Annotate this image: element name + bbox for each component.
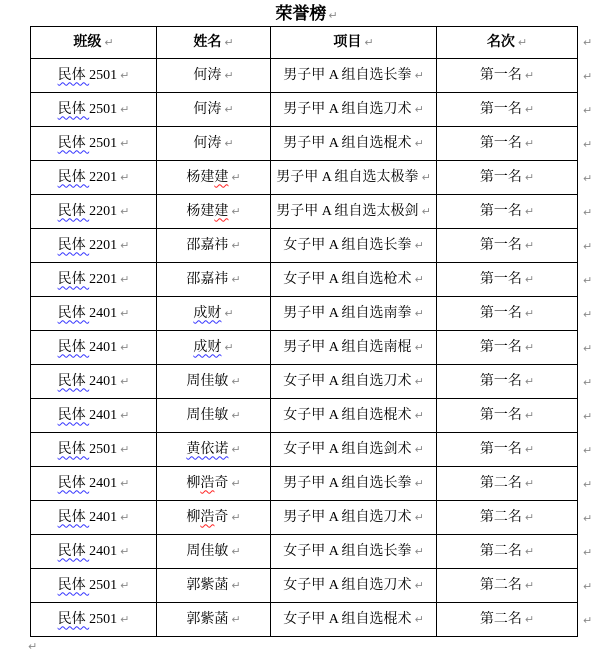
text-segment: 2401 [89,306,117,321]
cell-rank[interactable]: 第一名↵ [437,195,578,229]
row-end-mark-glyph: ↵ [583,614,592,627]
cell-text: 第一名 [480,170,522,185]
text-segment: 女子甲 A 组自选枪术 [283,272,411,287]
cell-end-mark-icon: ↵ [415,375,424,388]
cell-text: 民体 2201 [58,204,118,219]
cell-text: 杨建建 [186,170,228,185]
cell-end-mark-icon: ↵ [525,409,534,422]
text-segment: 2501 [89,612,117,627]
cell-event[interactable]: 女子甲 A 组自选长拳↵ [271,229,437,263]
cell-name[interactable]: 邵嘉祎↵ [157,229,271,263]
cell-text: 民体 2401 [58,374,118,389]
cell-text: 第一名 [480,374,522,389]
text-segment: 杨建 [186,204,214,219]
cell-text: 男子甲 A 组自选南拳 [283,306,411,321]
row-end-marks: ↵↵↵↵↵↵↵↵↵↵↵↵↵↵↵↵↵↵ [583,26,603,637]
cell-end-mark-icon: ↵ [415,239,424,252]
cell-end-mark-icon: ↵ [525,613,534,626]
text-segment: 杨建 [186,170,214,185]
cell-end-mark-icon: ↵ [415,103,424,116]
cell-name[interactable]: 郭紫菡↵ [157,569,271,603]
text-segment: 第一名 [480,272,522,287]
cell-end-mark-icon: ↵ [231,375,240,388]
cell-end-mark-icon: ↵ [120,579,129,592]
row-end-mark-icon: ↵ [583,263,603,297]
text-segment: 2401 [89,340,117,355]
cell-end-mark-icon: ↵ [120,409,129,422]
table-row: 民体 2501↵郭紫菡↵女子甲 A 组自选棍术↵第二名↵ [31,603,578,637]
cell-name[interactable]: 杨建建↵ [157,195,271,229]
cell-end-mark-icon: ↵ [231,579,240,592]
cell-end-mark-icon: ↵ [415,409,424,422]
row-end-mark-glyph: ↵ [583,546,592,559]
text-segment: 2501 [89,68,117,83]
text-segment: 2401 [89,476,117,491]
cell-end-mark-icon: ↵ [120,69,129,82]
text-segment: 第二名 [480,544,522,559]
header-label: 项目 [333,35,361,50]
text-segment: 男子甲 A 组自选棍术 [283,136,411,151]
row-end-mark-icon: ↵ [583,297,603,331]
squiggle-blue-text: 民体 [58,544,90,559]
cell-text: 成财 [193,306,221,321]
table-row: 民体 2401↵成财↵男子甲 A 组自选南棍↵第一名↵ [31,331,578,365]
text-segment: 第二名 [480,578,522,593]
cell-event[interactable]: 男子甲 A 组自选长拳↵ [271,59,437,93]
cell-class[interactable]: 民体 2401↵ [31,535,157,569]
cell-name[interactable]: 杨建建↵ [157,161,271,195]
cell-end-mark-icon: ↵ [224,69,233,82]
cell-text: 男子甲 A 组自选长拳 [283,476,411,491]
cell-end-mark-icon: ↵ [422,171,431,184]
cell-text: 男子甲 A 组自选刀术 [283,510,411,525]
table-row: 民体 2401↵周佳敏↵女子甲 A 组自选棍术↵第一名↵ [31,399,578,433]
table-row: 民体 2201↵邵嘉祎↵女子甲 A 组自选枪术↵第一名↵ [31,263,578,297]
text-segment: 男子甲 A 组自选刀术 [283,102,411,117]
text-segment: 第一名 [480,340,522,355]
text-segment: 2501 [89,442,117,457]
cell-class[interactable]: 民体 2201↵ [31,195,157,229]
cell-rank[interactable]: 第二名↵ [437,501,578,535]
cell-class[interactable]: 民体 2401↵ [31,365,157,399]
cell-rank[interactable]: 第一名↵ [437,433,578,467]
cell-text: 男子甲 A 组自选刀术 [283,102,411,117]
table-head: 班级↵姓名↵项目↵名次↵ [31,27,578,59]
cell-text: 女子甲 A 组自选棍术 [283,612,411,627]
cell-text: 民体 2401 [58,340,118,355]
cell-end-mark-icon: ↵ [231,511,240,524]
cell-name[interactable]: 成财↵ [157,331,271,365]
cell-rank[interactable]: 第一名↵ [437,161,578,195]
cell-end-mark-icon: ↵ [525,307,534,320]
squiggle-blue-text: 民体 [58,272,90,287]
row-end-mark-icon: ↵ [583,229,603,263]
cell-text: 民体 2501 [58,102,118,117]
cell-class[interactable]: 民体 2501↵ [31,59,157,93]
text-segment: 第二名 [480,510,522,525]
row-end-mark-icon: ↵ [583,331,603,365]
text-segment: 男子甲 A 组自选太极拳 [276,170,418,185]
cell-rank[interactable]: 第二名↵ [437,535,578,569]
row-end-mark-icon: ↵ [583,127,603,161]
text-segment: 第一名 [480,374,522,389]
row-end-mark-glyph: ↵ [583,478,592,491]
cell-rank[interactable]: 第一名↵ [437,229,578,263]
row-end-mark-glyph: ↵ [583,274,592,287]
cell-end-mark-icon: ↵ [231,443,240,456]
cell-class[interactable]: 民体 2501↵ [31,569,157,603]
text-segment: 周佳敏 [186,374,228,389]
cell-text: 第一名 [480,340,522,355]
cell-text: 第一名 [480,272,522,287]
cell-text: 民体 2201 [58,170,118,185]
cell-text: 女子甲 A 组自选枪术 [283,272,411,287]
squiggle-blue-text: 民体 [58,612,90,627]
cell-end-mark-icon: ↵ [525,443,534,456]
text-segment: 何涛 [193,136,221,151]
cell-end-mark-icon: ↵ [120,239,129,252]
cell-class[interactable]: 民体 2201↵ [31,229,157,263]
text-segment: 柳 [186,476,200,491]
row-end-mark-glyph: ↵ [583,104,592,117]
row-end-mark-icon: ↵ [583,501,603,535]
text-segment: 第一名 [480,204,522,219]
text-segment: 女子甲 A 组自选刀术 [283,374,411,389]
cell-text: 邵嘉祎 [186,238,228,253]
row-end-mark-glyph: ↵ [583,444,592,457]
cell-end-mark-icon: ↵ [104,36,113,49]
cell-rank[interactable]: 第一名↵ [437,331,578,365]
cell-name[interactable]: 周佳敏↵ [157,535,271,569]
cell-text: 第一名 [480,102,522,117]
cell-end-mark-icon: ↵ [224,307,233,320]
cell-end-mark-icon: ↵ [224,103,233,116]
cell-text: 郭紫菡 [186,578,228,593]
squiggle-blue-text: 民体 [58,102,90,117]
squiggle-blue-text: 成财 [193,306,221,321]
text-segment: 女子甲 A 组自选棍术 [283,408,411,423]
row-end-mark-icon: ↵ [583,467,603,501]
header-class[interactable]: 班级↵ [31,27,157,59]
cell-text: 女子甲 A 组自选刀术 [283,374,411,389]
text-segment: 第一名 [480,408,522,423]
cell-end-mark-icon: ↵ [415,341,424,354]
text-segment: 奇 [214,476,228,491]
cell-text: 杨建建 [186,204,228,219]
cell-event[interactable]: 女子甲 A 组自选刀术↵ [271,569,437,603]
text-segment: 2201 [89,238,117,253]
page-title: 荣誉榜 [275,4,326,23]
cell-class[interactable]: 民体 2501↵ [31,127,157,161]
cell-end-mark-icon: ↵ [525,545,534,558]
cell-rank[interactable]: 第一名↵ [437,297,578,331]
row-end-mark-glyph: ↵ [583,172,592,185]
text-segment: 第二名 [480,612,522,627]
cell-text: 民体 2401 [58,510,118,525]
cell-end-mark-icon: ↵ [120,273,129,286]
text-segment: 奇 [214,510,228,525]
cell-text: 男子甲 A 组自选太极剑 [276,204,418,219]
cell-event[interactable]: 男子甲 A 组自选南拳↵ [271,297,437,331]
cell-text: 第一名 [480,68,522,83]
row-end-mark-icon: ↵ [583,93,603,127]
cell-name[interactable]: 柳浩奇↵ [157,501,271,535]
cell-end-mark-icon: ↵ [120,171,129,184]
cell-event[interactable]: 男子甲 A 组自选南棍↵ [271,331,437,365]
table-row: 民体 2501↵何涛↵男子甲 A 组自选刀术↵第一名↵ [31,93,578,127]
cell-text: 第二名 [480,612,522,627]
row-end-mark-glyph: ↵ [583,240,592,253]
cell-end-mark-icon: ↵ [231,409,240,422]
header-name[interactable]: 姓名↵ [157,27,271,59]
text-segment: 2401 [89,408,117,423]
table-row: 民体 2401↵周佳敏↵女子甲 A 组自选长拳↵第二名↵ [31,535,578,569]
cell-end-mark-icon: ↵ [231,273,240,286]
cell-event[interactable]: 女子甲 A 组自选棍术↵ [271,603,437,637]
text-segment: 男子甲 A 组自选刀术 [283,510,411,525]
header-rank[interactable]: 名次↵ [437,27,578,59]
cell-end-mark-icon: ↵ [518,36,527,49]
text-segment: 柳 [186,510,200,525]
squiggle-red-text: 建 [214,204,228,219]
cell-class[interactable]: 民体 2401↵ [31,467,157,501]
cell-text: 第二名 [480,476,522,491]
cell-text: 民体 2501 [58,136,118,151]
table-row: 民体 2501↵郭紫菡↵女子甲 A 组自选刀术↵第二名↵ [31,569,578,603]
cell-end-mark-icon: ↵ [231,239,240,252]
cell-text: 民体 2401 [58,476,118,491]
squiggle-red-text: 浩 [200,476,214,491]
squiggle-blue-text: 民体 [58,476,90,491]
cell-event[interactable]: 女子甲 A 组自选棍术↵ [271,399,437,433]
cell-end-mark-icon: ↵ [120,103,129,116]
cell-event[interactable]: 男子甲 A 组自选刀术↵ [271,501,437,535]
cell-text: 何涛 [193,68,221,83]
cell-rank[interactable]: 第一名↵ [437,399,578,433]
text-segment: 2201 [89,272,117,287]
cell-text: 男子甲 A 组自选南棍 [283,340,411,355]
text-segment: 2401 [89,374,117,389]
cell-event[interactable]: 女子甲 A 组自选剑术↵ [271,433,437,467]
row-end-mark-glyph: ↵ [583,342,592,355]
table-row: 民体 2501↵黄依诺↵女子甲 A 组自选剑术↵第一名↵ [31,433,578,467]
cell-event[interactable]: 男子甲 A 组自选刀术↵ [271,93,437,127]
cell-class[interactable]: 民体 2501↵ [31,93,157,127]
row-end-mark-icon: ↵ [583,26,603,59]
cell-event[interactable]: 男子甲 A 组自选长拳↵ [271,467,437,501]
row-end-mark-icon: ↵ [583,59,603,93]
cell-text: 第一名 [480,408,522,423]
text-segment: 女子甲 A 组自选刀术 [283,578,411,593]
text-segment: 周佳敏 [186,408,228,423]
text-segment: 何涛 [193,102,221,117]
squiggle-blue-text: 民体 [58,510,90,525]
text-segment: 第一名 [480,102,522,117]
cell-end-mark-icon: ↵ [120,375,129,388]
text-segment: 女子甲 A 组自选长拳 [283,544,411,559]
cell-text: 民体 2201 [58,272,118,287]
text-segment: 男子甲 A 组自选南拳 [283,306,411,321]
cell-end-mark-icon: ↵ [415,273,424,286]
text-segment: 2501 [89,102,117,117]
cell-event[interactable]: 女子甲 A 组自选刀术↵ [271,365,437,399]
cell-text: 女子甲 A 组自选刀术 [283,578,411,593]
cell-name[interactable]: 周佳敏↵ [157,365,271,399]
squiggle-blue-text: 民体 [58,238,90,253]
cell-rank[interactable]: 第二名↵ [437,603,578,637]
honor-roll-table: 班级↵姓名↵项目↵名次↵ 民体 2501↵何涛↵男子甲 A 组自选长拳↵第一名↵… [30,26,578,637]
cell-text: 女子甲 A 组自选长拳 [283,238,411,253]
cell-end-mark-icon: ↵ [415,613,424,626]
cell-text: 第一名 [480,442,522,457]
cell-class[interactable]: 民体 2401↵ [31,297,157,331]
table-row: 民体 2401↵成财↵男子甲 A 组自选南拳↵第一名↵ [31,297,578,331]
cell-event[interactable]: 女子甲 A 组自选枪术↵ [271,263,437,297]
cell-end-mark-icon: ↵ [415,137,424,150]
cell-class[interactable]: 民体 2201↵ [31,263,157,297]
row-end-mark-icon: ↵ [583,433,603,467]
cell-class[interactable]: 民体 2201↵ [31,161,157,195]
cell-end-mark-icon: ↵ [364,36,373,49]
cell-rank[interactable]: 第一名↵ [437,127,578,161]
squiggle-blue-text: 民体 [58,578,90,593]
cell-text: 第二名 [480,544,522,559]
row-end-mark-glyph: ↵ [583,410,592,423]
cell-end-mark-icon: ↵ [415,443,424,456]
cell-text: 民体 2501 [58,612,118,627]
cell-text: 男子甲 A 组自选太极拳 [276,170,418,185]
cell-end-mark-icon: ↵ [231,613,240,626]
cell-text: 郭紫菡 [186,612,228,627]
cell-name[interactable]: 成财↵ [157,297,271,331]
header-event[interactable]: 项目↵ [271,27,437,59]
cell-end-mark-icon: ↵ [415,579,424,592]
cell-name[interactable]: 何涛↵ [157,59,271,93]
squiggle-blue-text: 民体 [58,374,90,389]
paragraph-mark-icon: ↵ [328,9,337,22]
cell-end-mark-icon: ↵ [120,205,129,218]
text-segment: 郭紫菡 [186,612,228,627]
cell-text: 民体 2501 [58,442,118,457]
row-end-mark-glyph: ↵ [583,138,592,151]
cell-text: 邵嘉祎 [186,272,228,287]
cell-name[interactable]: 周佳敏↵ [157,399,271,433]
cell-rank[interactable]: 第一名↵ [437,263,578,297]
cell-class[interactable]: 民体 2501↵ [31,433,157,467]
cell-event[interactable]: 女子甲 A 组自选长拳↵ [271,535,437,569]
cell-text: 第一名 [480,238,522,253]
cell-class[interactable]: 民体 2401↵ [31,501,157,535]
text-segment: 第一名 [480,136,522,151]
cell-name[interactable]: 邵嘉祎↵ [157,263,271,297]
text-segment: 邵嘉祎 [186,272,228,287]
text-segment: 郭紫菡 [186,578,228,593]
cell-end-mark-icon: ↵ [120,545,129,558]
table-row: 民体 2401↵周佳敏↵女子甲 A 组自选刀术↵第一名↵ [31,365,578,399]
cell-text: 女子甲 A 组自选长拳 [283,544,411,559]
squiggle-red-text: 建 [214,170,228,185]
cell-name[interactable]: 黄依诺↵ [157,433,271,467]
cell-text: 周佳敏 [186,544,228,559]
cell-end-mark-icon: ↵ [525,375,534,388]
text-segment: 男子甲 A 组自选长拳 [283,68,411,83]
row-end-mark-glyph: ↵ [583,512,592,525]
text-segment: 2401 [89,510,117,525]
cell-end-mark-icon: ↵ [525,239,534,252]
row-end-mark-icon: ↵ [583,161,603,195]
cell-text: 女子甲 A 组自选剑术 [283,442,411,457]
cell-event[interactable]: 男子甲 A 组自选太极剑↵ [271,195,437,229]
cell-text: 第一名 [480,204,522,219]
cell-end-mark-icon: ↵ [415,511,424,524]
cell-rank[interactable]: 第一名↵ [437,365,578,399]
cell-class[interactable]: 民体 2401↵ [31,399,157,433]
cell-end-mark-icon: ↵ [120,137,129,150]
cell-text: 民体 2401 [58,306,118,321]
table-row: 民体 2201↵杨建建↵男子甲 A 组自选太极拳↵第一名↵ [31,161,578,195]
cell-rank[interactable]: 第一名↵ [437,59,578,93]
squiggle-blue-text: 民体 [58,442,90,457]
row-end-mark-icon: ↵ [583,195,603,229]
cell-end-mark-icon: ↵ [231,545,240,558]
cell-end-mark-icon: ↵ [525,477,534,490]
cell-name[interactable]: 柳浩奇↵ [157,467,271,501]
cell-class[interactable]: 民体 2501↵ [31,603,157,637]
document-title-line: 荣誉榜↵ [0,3,613,26]
cell-class[interactable]: 民体 2401↵ [31,331,157,365]
squiggle-blue-text: 黄依诺 [186,442,228,457]
cell-text: 民体 2401 [58,408,118,423]
cell-name[interactable]: 何涛↵ [157,127,271,161]
cell-end-mark-icon: ↵ [525,171,534,184]
text-segment: 第二名 [480,476,522,491]
cell-rank[interactable]: 第二名↵ [437,569,578,603]
cell-end-mark-icon: ↵ [231,171,240,184]
cell-event[interactable]: 男子甲 A 组自选太极拳↵ [271,161,437,195]
cell-end-mark-icon: ↵ [525,341,534,354]
cell-end-mark-icon: ↵ [525,69,534,82]
row-end-mark-glyph: ↵ [583,206,592,219]
squiggle-blue-text: 民体 [58,204,90,219]
cell-text: 男子甲 A 组自选棍术 [283,136,411,151]
cell-event[interactable]: 男子甲 A 组自选棍术↵ [271,127,437,161]
text-segment: 第一名 [480,306,522,321]
cell-name[interactable]: 郭紫菡↵ [157,603,271,637]
text-segment: 女子甲 A 组自选长拳 [283,238,411,253]
cell-end-mark-icon: ↵ [525,137,534,150]
cell-text: 周佳敏 [186,374,228,389]
cell-rank[interactable]: 第一名↵ [437,93,578,127]
paragraph-mark-icon: ↵ [28,640,37,651]
cell-text: 民体 2201 [58,238,118,253]
row-end-mark-glyph: ↵ [583,580,592,593]
table-row: 民体 2201↵邵嘉祎↵女子甲 A 组自选长拳↵第一名↵ [31,229,578,263]
cell-text: 民体 2401 [58,544,118,559]
cell-end-mark-icon: ↵ [120,511,129,524]
squiggle-blue-text: 民体 [58,408,90,423]
squiggle-blue-text: 民体 [58,68,90,83]
squiggle-blue-text: 民体 [58,340,90,355]
cell-rank[interactable]: 第二名↵ [437,467,578,501]
text-segment: 2501 [89,136,117,151]
cell-name[interactable]: 何涛↵ [157,93,271,127]
cell-text: 女子甲 A 组自选棍术 [283,408,411,423]
cell-end-mark-icon: ↵ [525,579,534,592]
cell-end-mark-icon: ↵ [415,477,424,490]
squiggle-blue-text: 民体 [58,170,90,185]
text-segment: 邵嘉祎 [186,238,228,253]
table-row: 民体 2201↵杨建建↵男子甲 A 组自选太极剑↵第一名↵ [31,195,578,229]
